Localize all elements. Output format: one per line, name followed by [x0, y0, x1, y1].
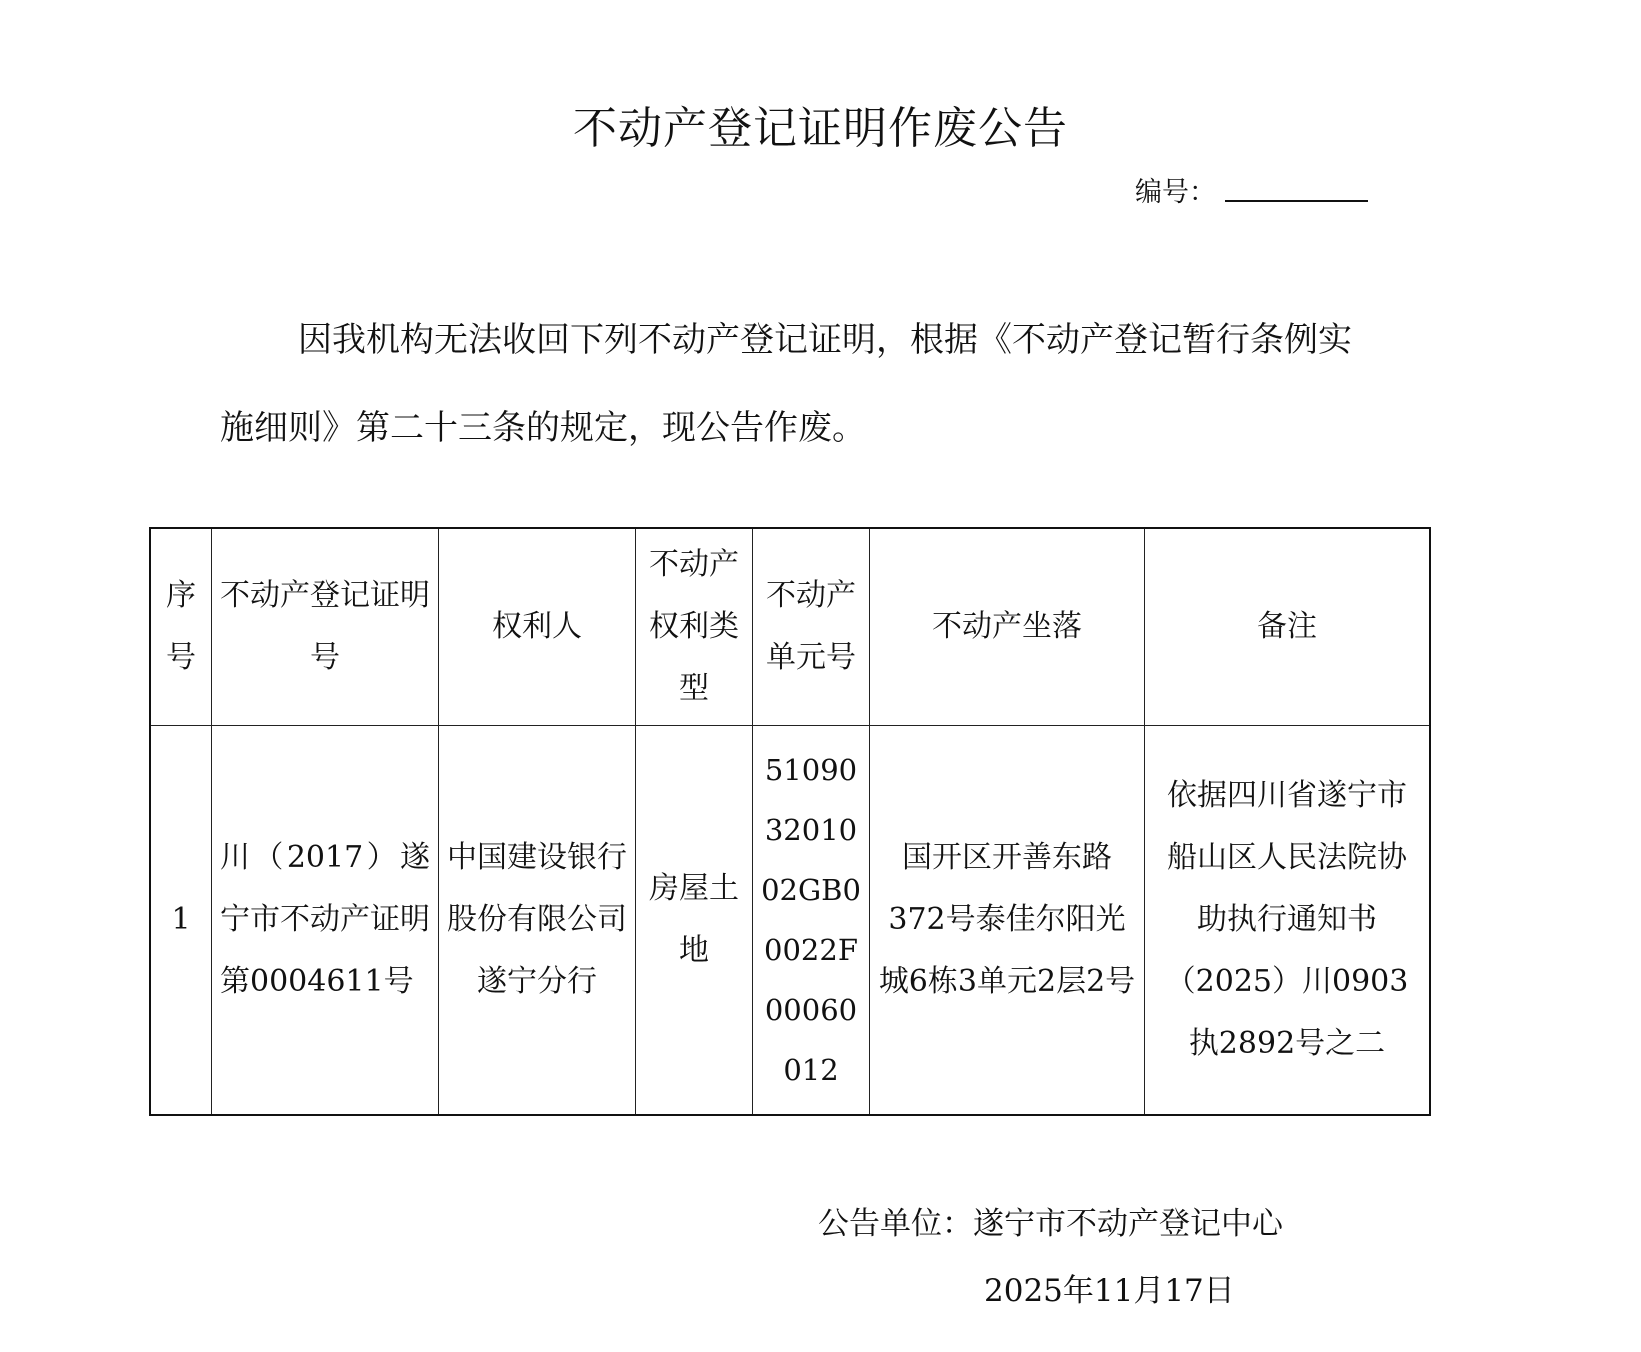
voided-certificates-table: 序号 不动产登记证明号 权利人 不动产权利类型 不动产单元号 不动产坐落 备注 …: [149, 527, 1431, 1116]
serial-number-blank: [1225, 200, 1368, 202]
cell-cert-no-container: 川（2017）遂宁市不动产证明第0004611号: [212, 725, 439, 1115]
header-right-type: 不动产权利类型: [636, 528, 753, 725]
table-row: 1 川（2017）遂宁市不动产证明第0004611号 中国建设银行股份有限公司遂…: [150, 725, 1430, 1115]
table-header-row: 序号 不动产登记证明号 权利人 不动产权利类型 不动产单元号 不动产坐落 备注: [150, 528, 1430, 725]
cell-note: 依据四川省遂宁市船山区人民法院协助执行通知书（2025）川0903执2892号之…: [1145, 725, 1431, 1115]
cell-location: 国开区开善东路372号泰佳尔阳光城6栋3单元2层2号: [870, 725, 1145, 1115]
serial-number-label: 编号：: [1135, 170, 1216, 209]
header-cert-no: 不动产登记证明号: [212, 528, 439, 725]
header-location: 不动产坐落: [870, 528, 1145, 725]
cell-unit-no: 510903201002GB00022F00060012: [761, 740, 861, 1100]
header-owner: 权利人: [439, 528, 636, 725]
page-title: 不动产登记证明作废公告: [0, 92, 1641, 156]
cell-cert-no: 川（2017）遂宁市不动产证明第0004611号: [220, 827, 430, 1013]
cell-owner: 中国建设银行股份有限公司遂宁分行: [439, 725, 636, 1115]
issuing-organization: 公告单位：遂宁市不动产登记中心: [818, 1198, 1283, 1243]
notice-body-paragraph: 因我机构无法收回下列不动产登记证明，根据《不动产登记暂行条例实施细则》第二十三条…: [220, 296, 1380, 472]
header-note: 备注: [1145, 528, 1431, 725]
issue-date: 2025年11月17日: [984, 1265, 1235, 1310]
header-seq: 序号: [150, 528, 212, 725]
cell-right-type: 房屋土地: [636, 725, 753, 1115]
cell-seq: 1: [150, 725, 212, 1115]
header-unit-no: 不动产单元号: [753, 528, 870, 725]
cell-unit-no-container: 510903201002GB00022F00060012: [753, 725, 870, 1115]
